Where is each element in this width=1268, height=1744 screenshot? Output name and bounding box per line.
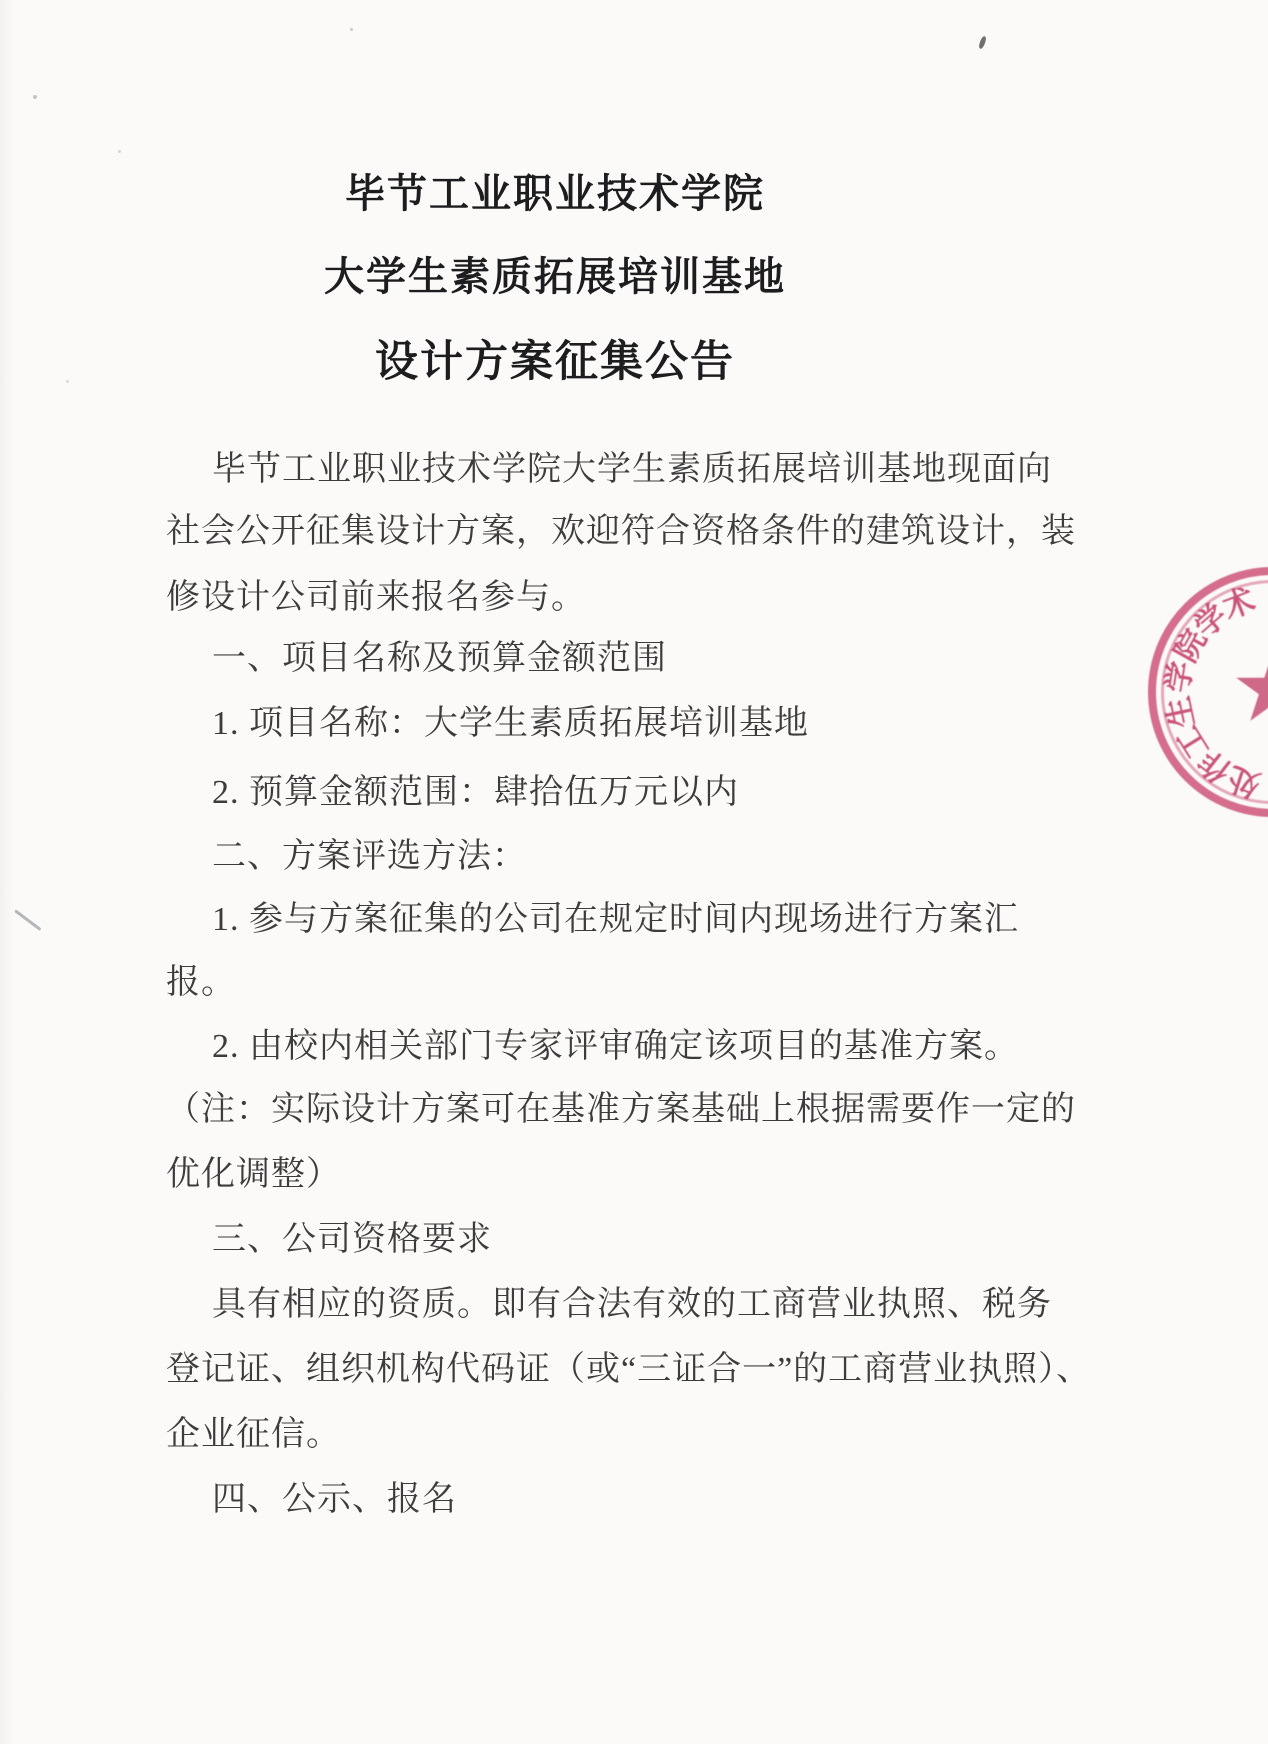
document-line: 修设计公司前来报名参与。 [166,576,586,620]
document-line: 登记证、组织机构代码证（或“三证合一”的工商营业执照）、 [166,1348,1091,1392]
document-line: 社会公开征集设计方案，欢迎符合资格条件的建筑设计，装 [166,510,1076,554]
document-line: 1. 参与方案征集的公司在规定时间内现场进行方案汇 [166,898,1019,942]
scan-artifact-dash [14,909,41,931]
document-line: 优化调整） [166,1153,341,1197]
document-line: 2. 预算金额范围：肆拾伍万元以内 [166,771,739,815]
document-line: 毕节工业职业技术学院大学生素质拓展培训基地现面向 [166,448,1052,492]
scan-speck [118,150,121,153]
document-line: 三、公司资格要求 [166,1218,492,1262]
document-line: 1. 项目名称：大学生素质拓展培训基地 [166,702,809,746]
scan-speck [66,380,69,383]
official-seal-stamp: ★ 术学院学生工作处 [1148,567,1268,817]
document-line: 四、公示、报名 [166,1478,457,1522]
scan-speck [33,95,37,99]
document-line: （注：实际设计方案可在基准方案基础上根据需要作一定的 [166,1088,1076,1132]
document-line: 二、方案评选方法： [166,835,527,879]
document-line: 2. 由校内相关部门专家评审确定该项目的基准方案。 [166,1025,1019,1069]
document-line: 报。 [166,961,236,1005]
document-line: 具有相应的资质。即有合法有效的工商营业执照、税务 [166,1283,1052,1327]
scan-speck [350,28,353,31]
document-title-line-3: 设计方案征集公告 [0,328,1110,389]
seal-star-icon: ★ [1230,632,1268,744]
document-title-line-1: 毕节工业职业技术学院 [0,162,1110,219]
document-title-line-2: 大学生素质拓展培训基地 [0,245,1110,302]
document-line: 一、项目名称及预算金额范围 [166,637,667,681]
scan-artifact-tick [978,36,987,50]
scanned-document-page: 毕节工业职业技术学院 大学生素质拓展培训基地 设计方案征集公告 毕节工业职业技术… [0,0,1268,1744]
document-line: 企业征信。 [166,1413,341,1457]
